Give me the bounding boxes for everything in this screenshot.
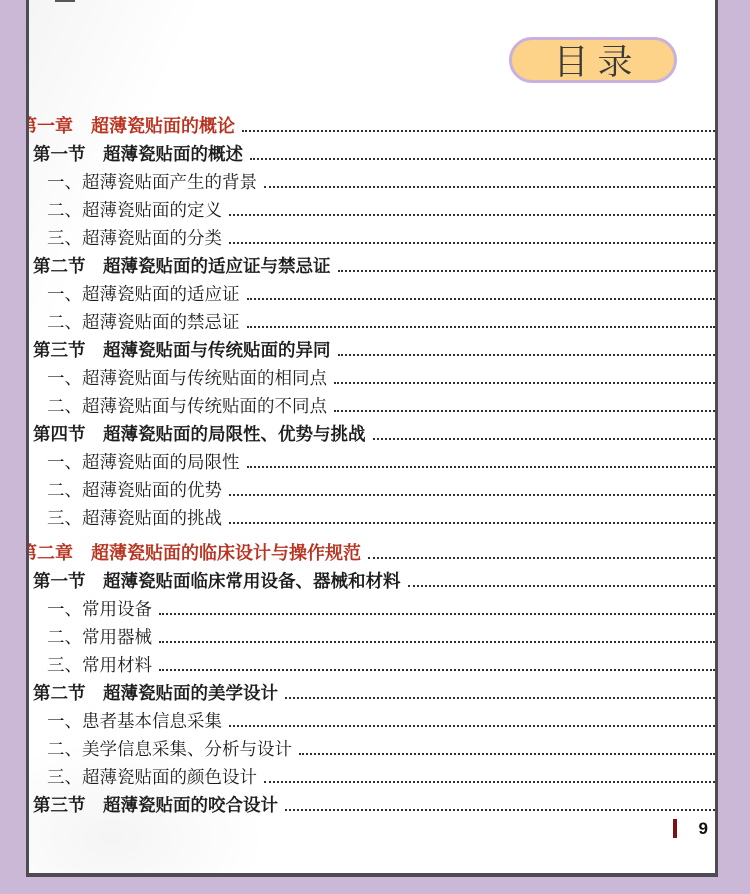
toc-entry-label: 二、超薄瓷贴面的禁忌证	[47, 309, 240, 334]
toc-entry-label: 第二节 超薄瓷贴面的适应证与禁忌证	[33, 253, 331, 278]
chapter-block-2: 第二章 超薄瓷贴面的临床设计与操作规范 第一节 超薄瓷贴面临床常用设备、器械和材…	[29, 537, 715, 817]
toc-row-section: 第四节 超薄瓷贴面的局限性、优势与挑战	[29, 418, 715, 446]
dot-leader	[229, 725, 715, 727]
toc-entry-label: 一、超薄瓷贴面与传统贴面的相同点	[47, 365, 327, 390]
toc-entry-label: 第二章 超薄瓷贴面的临床设计与操作规范	[29, 539, 361, 565]
toc-row-section: 第二节 超薄瓷贴面的美学设计	[29, 677, 715, 705]
toc-entry-label: 第三节 超薄瓷贴面与传统贴面的异同	[33, 337, 331, 362]
toc-entry-label: 二、超薄瓷贴面的定义	[47, 197, 222, 222]
toc-title-pill: 目录	[509, 37, 677, 83]
toc-row-chapter: 第二章 超薄瓷贴面的临床设计与操作规范	[29, 537, 715, 565]
dot-leader	[250, 158, 715, 160]
toc-row-chapter: 第一章 超薄瓷贴面的概论	[29, 110, 715, 138]
dot-leader	[247, 466, 716, 468]
toc-row-item: 三、超薄瓷贴面的颜色设计	[29, 761, 715, 789]
toc-entry-label: 第一节 超薄瓷贴面的概述	[33, 141, 243, 166]
dot-leader	[334, 410, 715, 412]
page-number-accent-bar	[673, 819, 677, 838]
dot-leader	[229, 214, 715, 216]
toc-row-section: 第三节 超薄瓷贴面的咬合设计	[29, 789, 715, 817]
toc-row-item: 二、超薄瓷贴面的禁忌证	[29, 306, 715, 334]
dot-leader	[229, 494, 715, 496]
toc-entry-label: 二、超薄瓷贴面与传统贴面的不同点	[47, 393, 327, 418]
dot-leader	[338, 354, 716, 356]
dot-leader	[247, 298, 716, 300]
dot-leader	[159, 613, 715, 615]
toc-entry-label: 第四节 超薄瓷贴面的局限性、优势与挑战	[33, 421, 366, 446]
toc-entry-label: 一、常用设备	[47, 596, 152, 621]
toc-row-item: 二、超薄瓷贴面与传统贴面的不同点	[29, 390, 715, 418]
toc-entry-label: 一、超薄瓷贴面的局限性	[47, 449, 240, 474]
toc-row-item: 一、超薄瓷贴面产生的背景	[29, 166, 715, 194]
toc-entry-label: 第一章 超薄瓷贴面的概论	[29, 112, 235, 138]
toc-entry-label: 三、常用材料	[47, 652, 152, 677]
toc-row-item: 二、超薄瓷贴面的优势	[29, 474, 715, 502]
dot-leader	[338, 270, 716, 272]
page-title: 目录	[553, 35, 641, 85]
dot-leader	[242, 130, 715, 132]
toc-entry-label: 三、超薄瓷贴面的分类	[47, 225, 222, 250]
dot-leader	[368, 557, 715, 559]
dot-leader	[299, 753, 715, 755]
toc-entry-label: 二、美学信息采集、分析与设计	[47, 736, 292, 761]
toc-entry-label: 一、超薄瓷贴面产生的背景	[47, 169, 257, 194]
book-page: 目录 第一章 超薄瓷贴面的概论 第一节 超薄瓷贴面的概述 一、超薄瓷贴面产生的背…	[26, 0, 718, 877]
toc-row-item: 一、常用设备	[29, 593, 715, 621]
toc-entry-label: 二、超薄瓷贴面的优势	[47, 477, 222, 502]
dot-leader	[408, 585, 716, 587]
toc-row-item: 一、超薄瓷贴面的适应证	[29, 278, 715, 306]
page-number: 9	[699, 819, 708, 838]
dot-leader	[229, 522, 715, 524]
toc-row-section: 第三节 超薄瓷贴面与传统贴面的异同	[29, 334, 715, 362]
toc-row-section: 第二节 超薄瓷贴面的适应证与禁忌证	[29, 250, 715, 278]
toc-entry-label: 第二节 超薄瓷贴面的美学设计	[33, 680, 278, 705]
dot-leader	[334, 382, 715, 384]
toc-row-item: 二、超薄瓷贴面的定义	[29, 194, 715, 222]
dot-leader	[285, 697, 715, 699]
dot-leader	[264, 781, 715, 783]
toc-entry-label: 二、常用器械	[47, 624, 152, 649]
dot-leader	[247, 326, 716, 328]
toc-row-item: 三、超薄瓷贴面的挑战	[29, 502, 715, 530]
toc-entry-label: 三、超薄瓷贴面的挑战	[47, 505, 222, 530]
toc-row-item: 二、美学信息采集、分析与设计	[29, 733, 715, 761]
toc-row-section: 第一节 超薄瓷贴面临床常用设备、器械和材料	[29, 565, 715, 593]
toc-row-item: 一、患者基本信息采集	[29, 705, 715, 733]
scan-artifact-line	[55, 0, 75, 2]
toc-row-item: 三、常用材料	[29, 649, 715, 677]
dot-leader	[264, 186, 715, 188]
toc-row-item: 三、超薄瓷贴面的分类	[29, 222, 715, 250]
toc-row-section: 第一节 超薄瓷贴面的概述	[29, 138, 715, 166]
toc-entry-label: 第一节 超薄瓷贴面临床常用设备、器械和材料	[33, 568, 401, 593]
dot-leader	[159, 669, 715, 671]
toc-entry-label: 第三节 超薄瓷贴面的咬合设计	[33, 792, 278, 817]
dot-leader	[159, 641, 715, 643]
toc-entry-label: 三、超薄瓷贴面的颜色设计	[47, 764, 257, 789]
toc-row-item: 二、常用器械	[29, 621, 715, 649]
toc-entry-label: 一、超薄瓷贴面的适应证	[47, 281, 240, 306]
dot-leader	[229, 242, 715, 244]
dot-leader	[285, 809, 715, 811]
toc-entry-label: 一、患者基本信息采集	[47, 708, 222, 733]
page-footer: 9	[673, 819, 708, 838]
table-of-contents: 第一章 超薄瓷贴面的概论 第一节 超薄瓷贴面的概述 一、超薄瓷贴面产生的背景 二…	[29, 110, 715, 817]
chapter-block-1: 第一章 超薄瓷贴面的概论 第一节 超薄瓷贴面的概述 一、超薄瓷贴面产生的背景 二…	[29, 110, 715, 530]
toc-row-item: 一、超薄瓷贴面与传统贴面的相同点	[29, 362, 715, 390]
toc-row-item: 一、超薄瓷贴面的局限性	[29, 446, 715, 474]
dot-leader	[373, 438, 716, 440]
